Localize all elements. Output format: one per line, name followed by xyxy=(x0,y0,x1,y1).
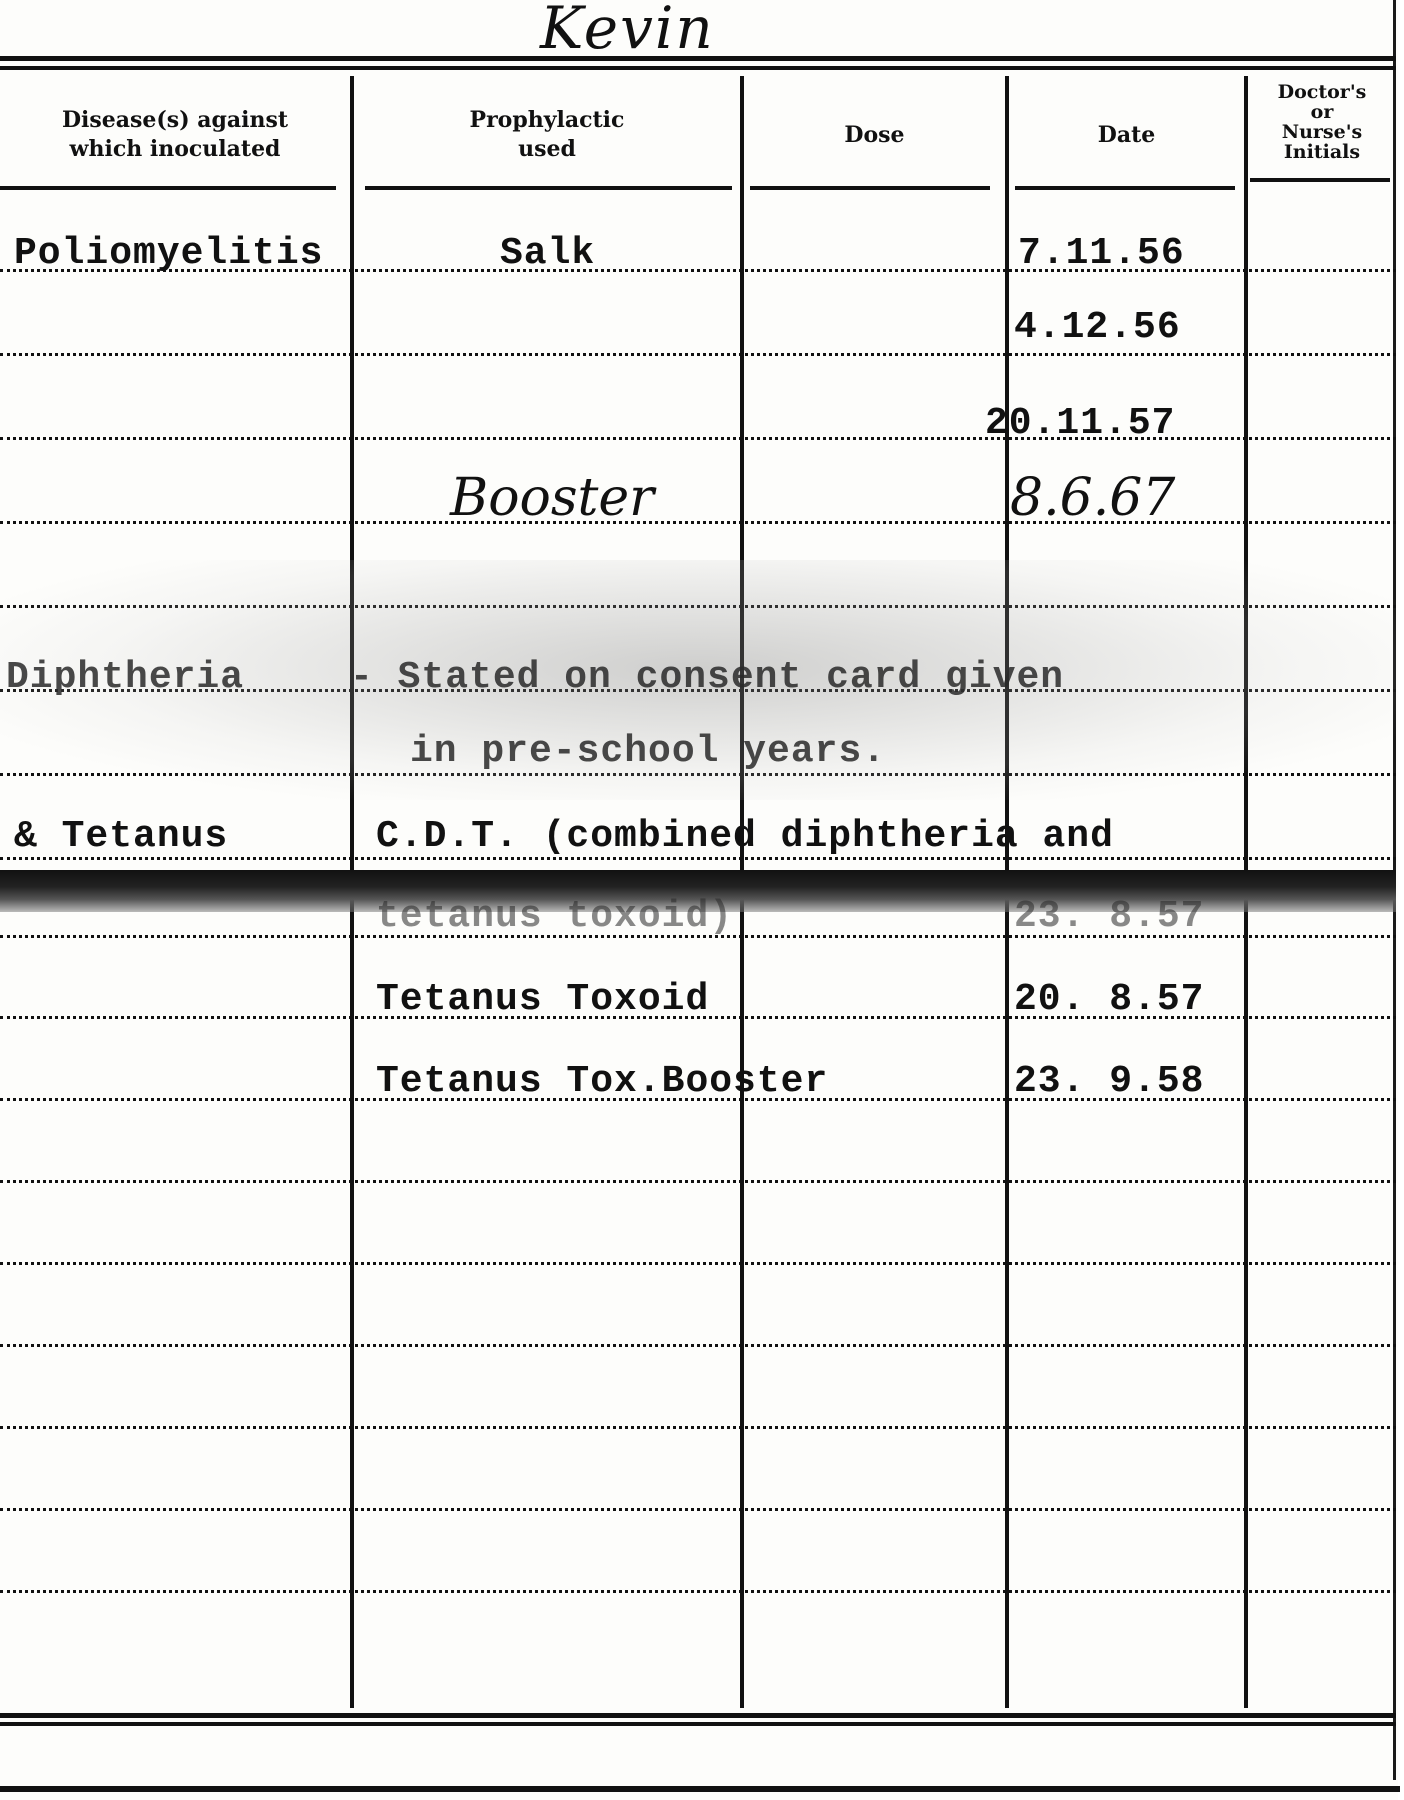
header-disease-line2: which inoculated xyxy=(62,135,288,164)
header-initials-line4: Initials xyxy=(1278,143,1367,163)
row-prophylactic: C.D.T. (combined diphtheria and xyxy=(376,815,1114,858)
bottom-double-rule-inner xyxy=(0,1722,1396,1726)
row-date: 23. 9.58 xyxy=(1014,1060,1204,1103)
header-prophylactic-line1: Prophylactic xyxy=(470,106,625,135)
header-underline xyxy=(1250,178,1390,182)
row-line xyxy=(0,1180,1396,1183)
row-disease: Diphtheria xyxy=(6,656,244,699)
bottom-double-rule xyxy=(0,1713,1396,1718)
row-prophylactic: Tetanus Toxoid xyxy=(376,978,709,1021)
header-underline xyxy=(365,186,732,190)
row-line xyxy=(0,1344,1396,1347)
header-initials-line2: or xyxy=(1278,103,1367,123)
row-line xyxy=(0,1508,1396,1511)
row-line xyxy=(0,1262,1396,1265)
header-initials-line1: Doctor's xyxy=(1278,83,1367,103)
header-disease-line1: Disease(s) against xyxy=(62,106,288,135)
top-double-rule-inner xyxy=(0,66,1396,70)
row-line xyxy=(0,353,1396,356)
row-line xyxy=(0,521,1396,524)
header-date-label: Date xyxy=(1098,121,1156,150)
row-disease: & Tetanus xyxy=(14,815,228,858)
row-date: 7.11.56 xyxy=(1018,232,1185,275)
header-date: Date xyxy=(1009,80,1244,190)
header-prophylactic: Prophylactic used xyxy=(354,80,740,190)
header-dose-label: Dose xyxy=(844,121,904,150)
row-prophylactic: Salk xyxy=(500,232,595,275)
card-bottom-edge xyxy=(0,1786,1400,1792)
row-date: 4.12.56 xyxy=(1014,306,1181,349)
header-dose: Dose xyxy=(744,80,1005,190)
header-prophylactic-line2: used xyxy=(470,135,625,164)
row-prophylactic: - Stated on consent card given xyxy=(350,656,1064,699)
row-prophylactic: tetanus toxoid) xyxy=(376,895,733,938)
header-initials: Doctor's or Nurse's Initials xyxy=(1248,68,1396,178)
row-date: 23. 8.57 xyxy=(1014,895,1204,938)
row-line xyxy=(0,1590,1396,1593)
row-date: 20. 8.57 xyxy=(1014,978,1204,1021)
header-underline xyxy=(750,186,990,190)
row-line xyxy=(0,437,1396,440)
header-initials-line3: Nurse's xyxy=(1278,123,1367,143)
row-prophylactic: Tetanus Tox.Booster xyxy=(376,1060,828,1103)
row-date: 20.11.57 xyxy=(985,402,1175,445)
row-line xyxy=(0,1426,1396,1429)
header-underline xyxy=(1015,186,1235,190)
top-double-rule xyxy=(0,56,1396,61)
immunization-record-card: Kevin Disease(s) against which inoculate… xyxy=(0,0,1398,1800)
row-disease: Poliomyelitis xyxy=(14,232,323,275)
header-underline xyxy=(0,186,336,190)
row-prophylactic-handwritten: Booster xyxy=(450,468,654,528)
row-date-handwritten: 8.6.67 xyxy=(1010,468,1175,528)
row-prophylactic: in pre-school years. xyxy=(410,730,886,773)
handwritten-name: Kevin xyxy=(540,0,715,62)
header-disease: Disease(s) against which inoculated xyxy=(0,80,350,190)
